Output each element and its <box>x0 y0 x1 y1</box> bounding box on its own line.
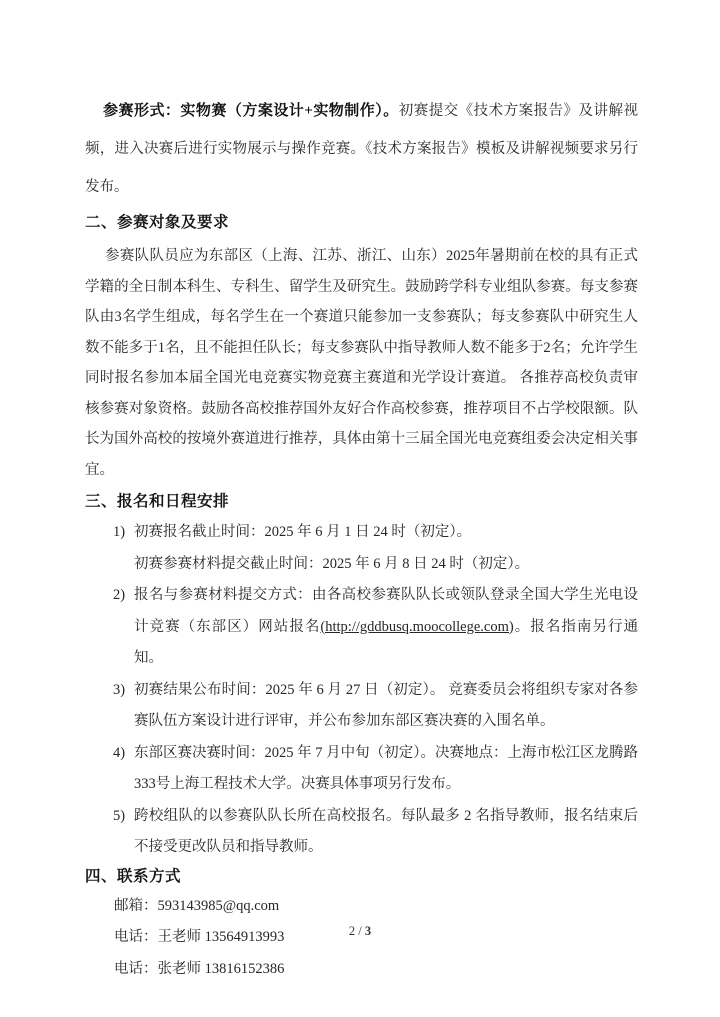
schedule-item-5-number: 5) <box>113 801 134 864</box>
schedule-item-2: 2) 报名与参赛材料提交方式：由各高校参赛队队长或领队登录全国大学生光电设计竞赛… <box>85 580 638 675</box>
page-number-separator: / <box>355 924 365 938</box>
schedule-item-2-number: 2) <box>113 580 134 675</box>
schedule-item-2-text: 报名与参赛材料提交方式：由各高校参赛队队长或领队登录全国大学生光电设计竞赛（东部… <box>134 580 638 675</box>
page-number-total: 3 <box>365 924 371 938</box>
document-content: 参赛形式：实物赛（方案设计+实物制作）。初赛提交《技术方案报告》及讲解视频，进入… <box>85 0 638 985</box>
schedule-item-5: 5) 跨校组队的以参赛队队长所在高校报名。每队最多 2 名指导教师，报名结束后不… <box>85 801 638 864</box>
schedule-item-1: 1) 初赛报名截止时间：2025 年 6 月 1 日 24 时（初定）。 初赛参… <box>85 517 638 580</box>
intro-paragraph: 参赛形式：实物赛（方案设计+实物制作）。初赛提交《技术方案报告》及讲解视频，进入… <box>85 92 638 206</box>
contact-phone-line-zhang: 电话：张老师 13816152386 <box>114 954 638 986</box>
schedule-item-1-text: 初赛报名截止时间：2025 年 6 月 1 日 24 时（初定）。 初赛参赛材料… <box>134 517 638 580</box>
schedule-item-1-line1: 初赛报名截止时间：2025 年 6 月 1 日 24 时（初定）。 <box>134 517 638 549</box>
document-page: 参赛形式：实物赛（方案设计+实物制作）。初赛提交《技术方案报告》及讲解视频，进入… <box>0 0 720 1017</box>
section-heading-schedule: 三、报名和日程安排 <box>85 490 638 514</box>
page-footer: 2 / 3 <box>0 924 720 939</box>
schedule-item-4-text: 东部区赛决赛时间：2025 年 7 月中旬（初定）。决赛地点：上海市松江区龙腾路… <box>134 738 638 801</box>
section-heading-contact: 四、联系方式 <box>85 865 638 889</box>
contact-email-line: 邮箱：593143985@qq.com <box>114 891 638 923</box>
schedule-item-5-text: 跨校组队的以参赛队队长所在高校报名。每队最多 2 名指导教师，报名结束后不接受更… <box>134 801 638 864</box>
participants-paragraph: 参赛队队员应为东部区（上海、江苏、浙江、山东）2025年暑期前在校的具有正式学籍… <box>85 241 638 485</box>
intro-lead-bold: 参赛形式：实物赛（方案设计+实物制作）。 <box>103 103 399 119</box>
schedule-item-3: 3) 初赛结果公布时间：2025 年 6 月 27 日（初定）。 竞赛委员会将组… <box>85 675 638 738</box>
schedule-item-3-text: 初赛结果公布时间：2025 年 6 月 27 日（初定）。 竞赛委员会将组织专家… <box>134 675 638 738</box>
schedule-item-4-number: 4) <box>113 738 134 801</box>
schedule-item-3-number: 3) <box>113 675 134 738</box>
schedule-item-1-number: 1) <box>113 517 134 580</box>
schedule-item-4: 4) 东部区赛决赛时间：2025 年 7 月中旬（初定）。决赛地点：上海市松江区… <box>85 738 638 801</box>
schedule-list: 1) 初赛报名截止时间：2025 年 6 月 1 日 24 时（初定）。 初赛参… <box>85 517 638 864</box>
section-heading-participants: 二、参赛对象及要求 <box>85 211 638 235</box>
registration-site-link[interactable]: (http://gddbusq.moocollege.com) <box>320 619 513 635</box>
schedule-item-1-line2: 初赛参赛材料提交截止时间：2025 年 6 月 8 日 24 时（初定）。 <box>134 549 638 581</box>
